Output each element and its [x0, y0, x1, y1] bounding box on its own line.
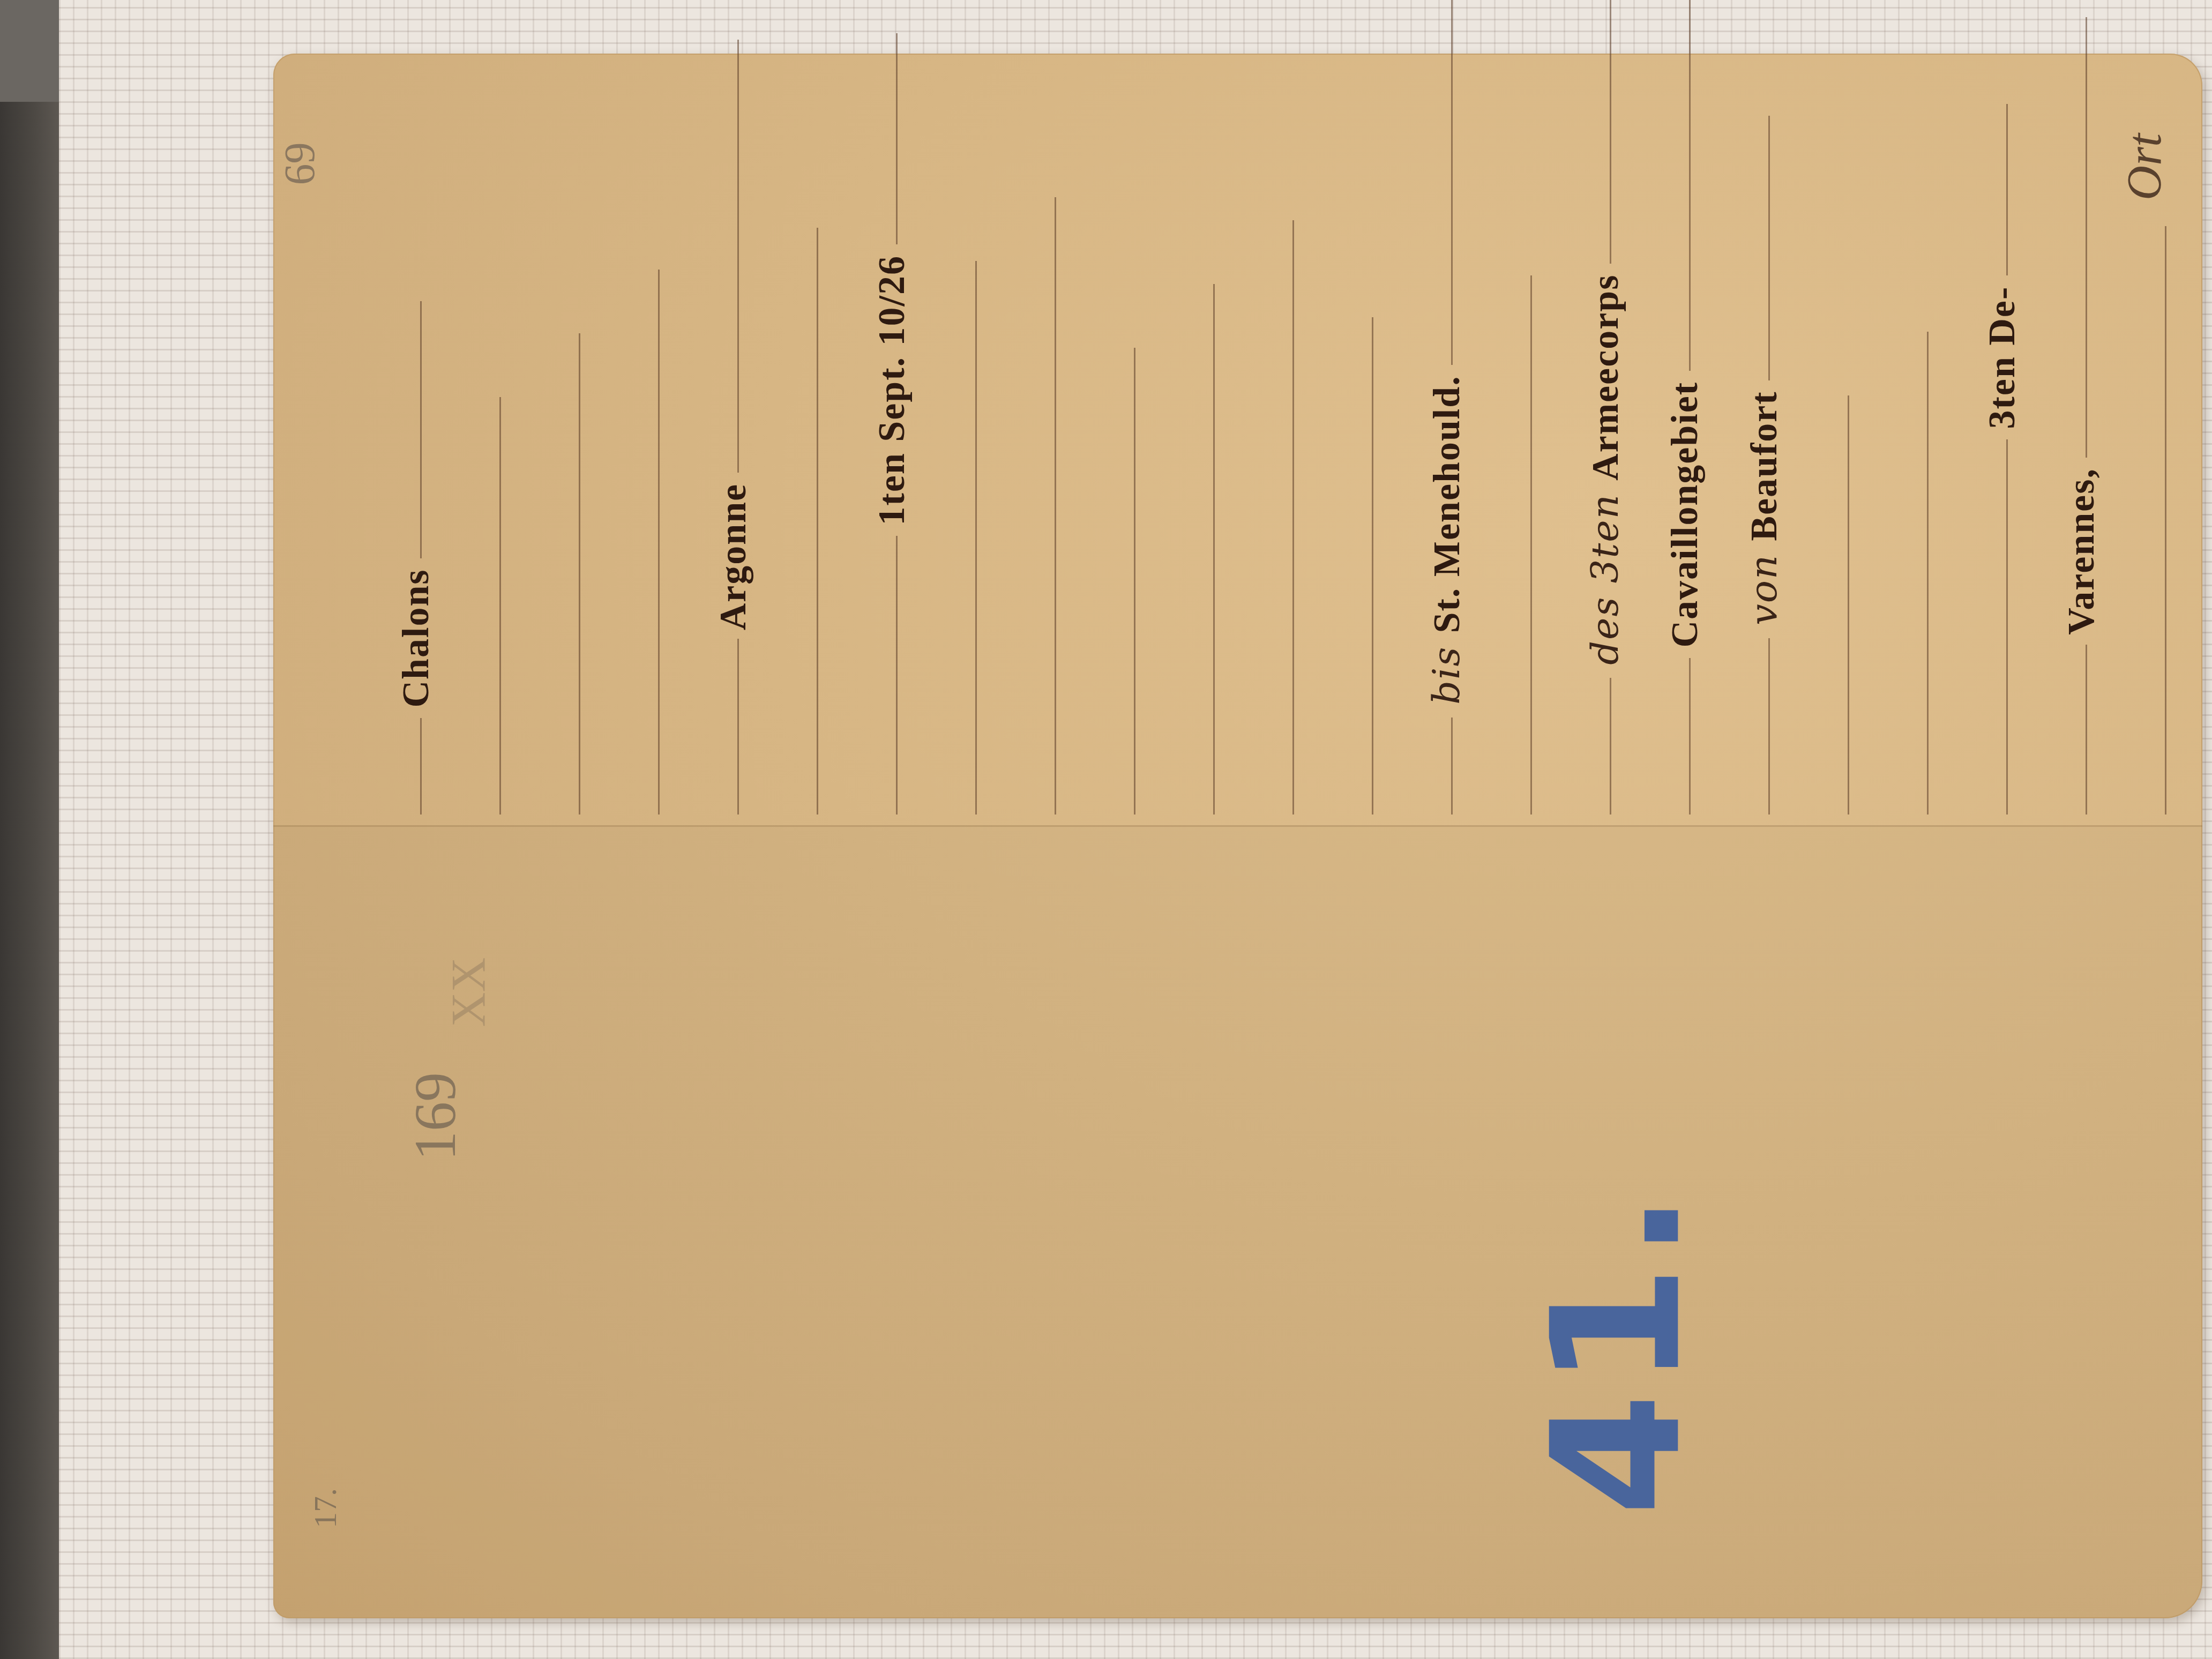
script-stroke	[1209, 284, 1215, 429]
script-stroke	[416, 718, 422, 814]
manuscript-line	[1903, 332, 1941, 814]
manuscript-line	[555, 333, 593, 814]
script-stroke	[1130, 711, 1135, 814]
script-stroke	[2081, 645, 2087, 814]
script-stroke	[812, 228, 818, 423]
script-stroke	[1130, 348, 1135, 477]
script-stroke	[1605, 0, 1611, 20]
manuscript-line	[634, 270, 672, 814]
manuscript-line	[952, 261, 989, 814]
script-stroke	[1447, 178, 1453, 365]
manuscript-line	[793, 228, 831, 814]
script-stroke	[892, 536, 898, 685]
script-stroke	[1764, 638, 1770, 814]
place-name: St. Menehould.	[1426, 365, 1468, 633]
catchword: Ort	[2117, 133, 2172, 200]
manuscript-line: Chalons	[397, 301, 435, 814]
place-name: Beaufort	[1744, 380, 1785, 541]
manuscript-line: des 3ten Armeecorps	[1586, 0, 1625, 814]
script-stroke	[1764, 116, 1770, 241]
script-stroke	[1764, 241, 1770, 380]
script-stroke	[1923, 488, 1929, 684]
script-stroke	[2002, 664, 2008, 814]
script-stroke	[1209, 429, 1215, 691]
script-stroke	[1367, 493, 1373, 652]
script-stroke	[812, 705, 818, 814]
wood-edge	[0, 0, 59, 102]
script-stroke	[1685, 0, 1691, 99]
line-text: bis	[1424, 633, 1468, 718]
script-stroke	[1685, 99, 1691, 371]
script-stroke	[495, 530, 501, 698]
folio-number-margin: 169	[401, 1072, 469, 1161]
line-text: des 3ten	[1583, 481, 1627, 678]
script-stroke	[416, 419, 422, 558]
manuscript-line: Varennes,	[2062, 17, 2101, 814]
script-stroke	[2002, 439, 2008, 664]
script-stroke	[1050, 197, 1056, 439]
script-stroke	[733, 40, 739, 220]
script-stroke	[1288, 380, 1294, 671]
script-stroke	[1050, 439, 1056, 645]
script-stroke	[2081, 204, 2087, 458]
folio-number-top: 69	[276, 143, 325, 185]
script-stroke	[1605, 20, 1611, 264]
script-stroke	[2002, 104, 2008, 275]
wood-surface	[0, 0, 59, 1659]
manuscript-line	[1190, 284, 1227, 814]
script-stroke	[892, 34, 898, 245]
script-stroke	[1526, 698, 1532, 814]
script-stroke	[733, 220, 739, 473]
script-stroke	[2161, 429, 2166, 711]
manuscript-line	[2141, 226, 2179, 814]
manuscript-line: Argonne	[714, 40, 752, 814]
script-stroke	[654, 659, 660, 814]
script-stroke	[971, 665, 977, 814]
line-text: 1ten Sept. 10/26	[871, 245, 913, 536]
script-stroke	[2161, 226, 2166, 429]
script-stroke	[1367, 652, 1373, 814]
script-stroke	[1288, 220, 1294, 380]
script-stroke	[892, 685, 898, 814]
manuscript-line	[1824, 395, 1862, 814]
corner-mark: 17.	[307, 1488, 344, 1528]
manuscript-line: von Beaufort	[1745, 116, 1783, 814]
script-stroke	[1367, 317, 1373, 493]
script-stroke	[1923, 684, 1929, 814]
script-stroke	[495, 397, 501, 530]
script-stroke	[654, 434, 660, 659]
line-text: von	[1742, 541, 1785, 638]
manuscript-line: bis St. Menehould.	[1428, 0, 1466, 814]
script-stroke	[1843, 704, 1849, 814]
line-text: 3ten De-	[1982, 275, 2023, 439]
script-stroke	[1130, 477, 1135, 711]
script-stroke	[1843, 536, 1849, 704]
place-name: Varennes,	[2061, 458, 2102, 645]
script-stroke	[1923, 332, 1929, 488]
manuscript-line	[1507, 275, 1544, 814]
script-stroke	[1685, 658, 1691, 814]
manuscript-line: 1ten Sept. 10/26	[872, 34, 911, 815]
script-stroke	[574, 678, 580, 814]
manuscript-page: Chalons Argonne 1ten Sept. 10/26 bis St.…	[273, 54, 2202, 1618]
manuscript-line: Cavaillongebiet	[1665, 0, 1704, 814]
place-name: Armeecorps	[1585, 264, 1626, 481]
script-stroke	[971, 488, 977, 665]
manuscript-line	[1269, 220, 1306, 814]
script-stroke	[971, 261, 977, 488]
manuscript-line: 3ten De-	[1983, 104, 2021, 814]
script-stroke	[1605, 678, 1611, 814]
place-name: Chalons	[395, 558, 437, 718]
script-stroke	[654, 270, 660, 434]
script-stroke	[416, 301, 422, 419]
script-stroke	[1447, 0, 1453, 178]
script-stroke	[733, 639, 739, 814]
blue-crayon-number: 41.	[1514, 1187, 1720, 1516]
script-stroke	[1209, 691, 1215, 814]
script-stroke	[1288, 671, 1294, 814]
script-stroke	[574, 333, 580, 482]
script-stroke	[1526, 482, 1532, 698]
script-stroke	[1050, 645, 1056, 814]
script-stroke	[495, 698, 501, 814]
script-stroke	[574, 482, 580, 678]
manuscript-line	[1348, 317, 1386, 814]
script-stroke	[1843, 395, 1849, 536]
script-stroke	[812, 423, 818, 705]
script-stroke	[2081, 17, 2087, 204]
manuscript-line	[1031, 197, 1068, 814]
manuscript-line	[476, 397, 513, 814]
place-name: Cavaillongebiet	[1664, 371, 1706, 658]
script-stroke	[1526, 275, 1532, 482]
faint-mark: XX	[442, 958, 497, 1027]
place-name: Argonne	[713, 473, 754, 639]
manuscript-line	[1110, 348, 1148, 814]
script-stroke	[1447, 718, 1453, 814]
script-stroke	[2161, 711, 2166, 814]
